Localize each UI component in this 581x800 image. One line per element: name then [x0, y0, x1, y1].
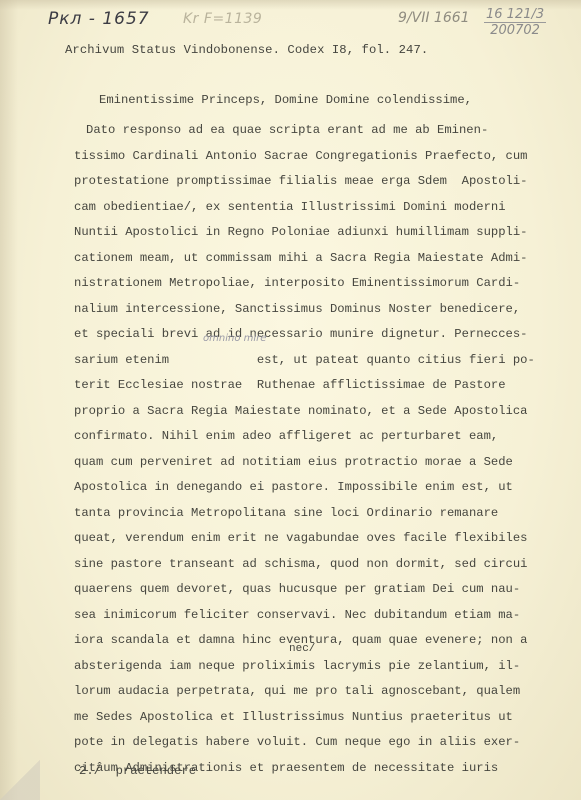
handwritten-pencil-note: Kr F=1139 [183, 11, 262, 27]
body-line: quaerens quem devoret, quas hucusque per… [74, 582, 520, 596]
body-line: cam obedientiae/, ex sententia Illustris… [74, 200, 506, 214]
body-line: proprio a Sacra Regia Maiestate nominato… [74, 404, 527, 418]
archive-source-line: Archivum Status Vindobonense. Codex I8, … [65, 43, 428, 57]
body-line: nalium intercessione, Sanctissimus Domin… [74, 302, 520, 316]
page-continuation-marker: 2./ praetendere [79, 764, 196, 778]
body-line: Dato responso ad ea quae scripta erant a… [86, 123, 488, 137]
body-line: tissimo Cardinali Antonio Sacrae Congreg… [74, 149, 527, 163]
body-line: queat, verendum enim erit ne vagabundae … [74, 531, 527, 545]
body-line: confirmato. Nihil enim adeo affligeret a… [74, 429, 498, 443]
body-line: Nuntii Apostolici in Regno Poloniae adiu… [74, 225, 527, 239]
body-line: quam cum perveniret ad notitiam eius pro… [74, 455, 513, 469]
body-line: sea inimicorum feliciter conservavi. Nec… [74, 608, 520, 622]
body-line: terit Ecclesiae nostrae Ruthenae afflict… [74, 378, 506, 392]
body-line: Apostolica in denegando ei pastore. Impo… [74, 480, 513, 494]
body-line: cationem meam, ut commissam mihi a Sacra… [74, 251, 527, 265]
catalog-numerator: 16 121/3 [484, 7, 546, 23]
body-line: tanta provincia Metropolitana sine loci … [74, 506, 498, 520]
salutation: Eminentissime Princeps, Domine Domine co… [99, 93, 472, 107]
handwritten-margin-note: omnino mire [203, 333, 266, 344]
catalog-denominator: 200702 [484, 23, 546, 38]
handwritten-reference: Pкл - 1657 [48, 9, 150, 29]
body-line: nistrationem Metropoliae, interposito Em… [74, 276, 520, 290]
body-line: et speciali brevi ad id necessario munir… [74, 327, 527, 341]
body-line: lorum audacia perpetrata, qui me pro tal… [74, 684, 520, 698]
page-corner-fold [0, 760, 40, 800]
interlinear-insertion: nec/ [289, 643, 315, 655]
handwritten-date: 9/VII 1661 [398, 10, 470, 26]
body-line: protestatione promptissimae filialis mea… [74, 174, 527, 188]
body-line: absterigenda iam neque proliximis lacrym… [74, 659, 520, 673]
handwritten-catalog-number: 16 121/3 200702 [484, 7, 546, 38]
body-line: me Sedes Apostolica et Illustrissimus Nu… [74, 710, 513, 724]
body-line: sarium etenim est, ut pateat quanto citi… [74, 353, 535, 367]
body-line: sine pastore transeant ad schisma, quod … [74, 557, 527, 571]
body-line: pote in delegatis habere voluit. Cum neq… [74, 735, 520, 749]
page-edge-shadow [0, 0, 18, 800]
document-page: Pкл - 1657 Kr F=1139 9/VII 1661 16 121/3… [0, 0, 581, 800]
